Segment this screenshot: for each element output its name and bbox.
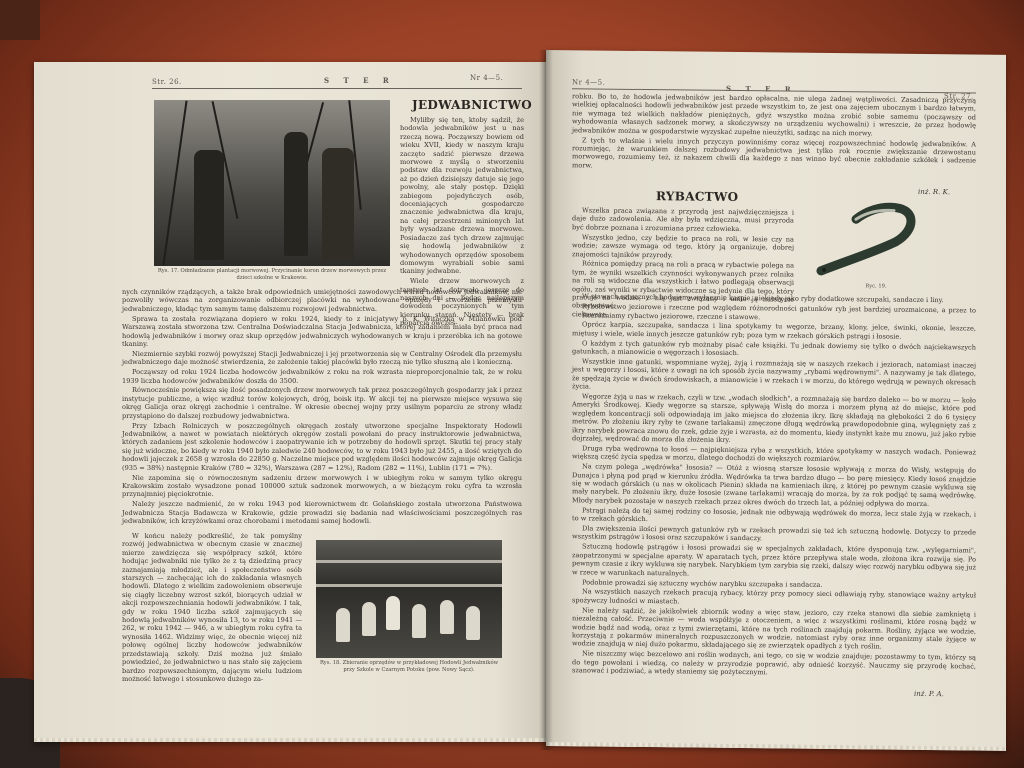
left-page-number: Str. 26. [152,78,182,86]
right-magazine-title: S T E R [726,84,797,94]
rybactwo-body-text: W stawach sztucznych hodujemy wyłącznie … [572,292,976,680]
open-magazine: Str. 26. S T E R Nr 4—5. Rys. 17. Odmład… [34,50,1006,756]
header-rule [152,88,522,89]
table-corner-shadow [0,0,40,40]
continuation-text: robku. Bo to, że hodowla jedwabników jes… [572,92,976,175]
left-page: Str. 26. S T E R Nr 4—5. Rys. 17. Odmład… [34,62,546,742]
photo-cocoon-collecting [316,540,502,658]
eel-caption: Ryc. 19. [846,283,906,290]
bottom-column: W końcu należy podkreślić, że tak pomyśl… [122,532,302,685]
photo-mulberry-pruning [154,100,390,266]
main-body-text: nych czynników rządzących, a także brak … [122,288,522,527]
signature-pa: inż. P. A. [914,690,944,698]
page-deckle-edge [546,742,1006,751]
signature-rk: inż. R. K. [918,188,950,196]
article-title-jedwabnictwo: JEDWABNICTWO [412,98,532,112]
photo1-caption: Rys. 17. Odmładzanie plantacji morwowej.… [154,268,390,281]
left-issue-number: Nr 4—5. [470,74,503,82]
right-page: Nr 4—5. S T E R Str. 27. robku. Bo to, ż… [546,50,1006,751]
photo2-caption: Rys. 18. Zbieranie oprzędów w przykładow… [316,660,502,673]
book-gutter [539,50,553,750]
right-issue-number: Nr 4—5. [572,78,605,86]
page-deckle-edge [34,738,546,742]
eel-illustration [816,201,926,282]
article-title-rybactwo: RYBACTWO [656,189,738,204]
left-magazine-title: S T E R [324,76,395,85]
